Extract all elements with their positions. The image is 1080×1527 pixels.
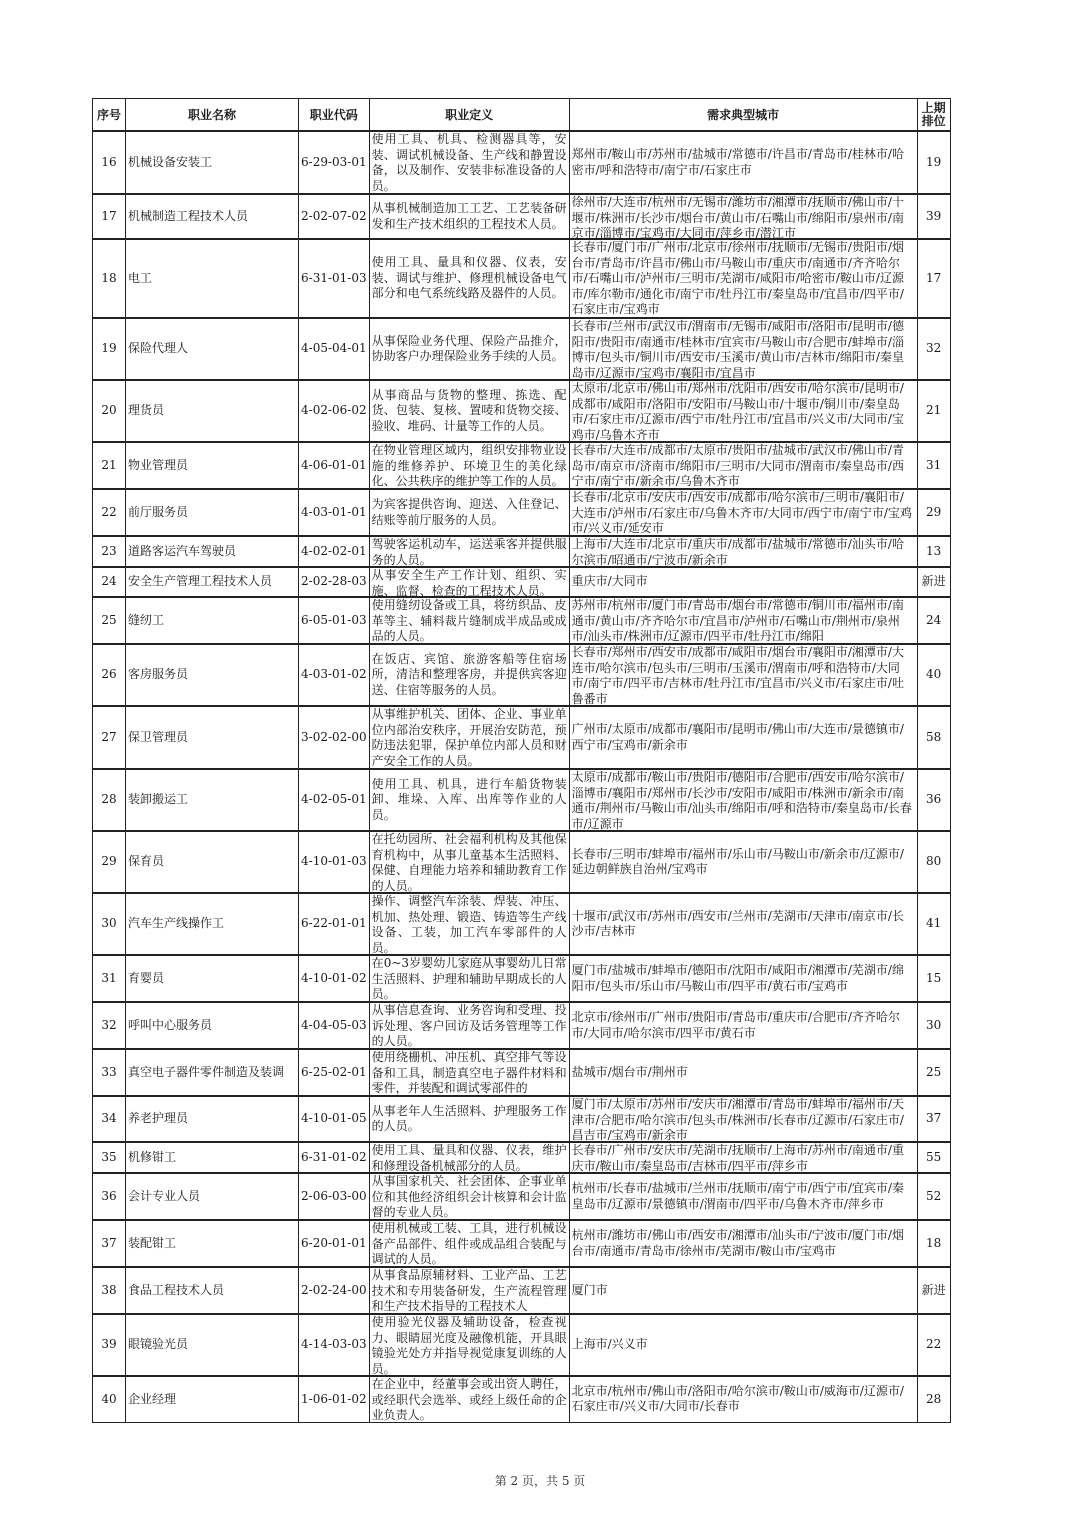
- typical-cities: 上海市/大连市/北京市/重庆市/成都市/盐城市/常德市/汕头市/哈尔滨市/昭通市…: [569, 536, 917, 567]
- table-row: 33真空电子器件零件制造及装调6-25-02-01使用绕栅机、冲压机、真空排气等…: [93, 1049, 951, 1096]
- occupation-definition: 从事信息查询、业务咨询和受理、投诉处理、客户回访及话务管理等工作的人员。: [369, 1002, 569, 1049]
- previous-rank-text: 32: [920, 341, 948, 357]
- previous-rank: 15: [917, 955, 950, 1002]
- row-number: 24: [93, 567, 126, 597]
- occupation-name-text: 真空电子器件零件制造及装调: [128, 1065, 296, 1081]
- typical-cities-text: 长春市/厦门市/广州市/北京市/徐州市/抚顺市/无锡市/贵阳市/烟台市/青岛市/…: [572, 240, 915, 317]
- occupation-code: 2-02-24-00: [299, 1267, 370, 1314]
- occupation-code-text: 6-31-01-03: [301, 271, 367, 287]
- header-previous-rank: 上期排位: [917, 99, 950, 132]
- occupation-definition: 驾驶客运机动车，运送乘客并提供服务的人员。: [369, 536, 569, 567]
- previous-rank: 18: [917, 1220, 950, 1267]
- row-number-text: 40: [95, 1392, 123, 1408]
- occupation-code-text: 4-02-05-01: [301, 792, 367, 808]
- typical-cities: 长春市/兰州市/武汉市/渭南市/无锡市/咸阳市/洛阳市/昆明市/德阳市/贵阳市/…: [569, 318, 917, 380]
- occupation-definition: 从事安全生产工作计划、组织、实施、监督、检查的工程技术人员。: [369, 567, 569, 597]
- occupation-code: 6-20-01-01: [299, 1220, 370, 1267]
- occupation-definition: 使用绕栅机、冲压机、真空排气等设备和工具，制造真空电子器件材料和零件，并装配和调…: [369, 1049, 569, 1096]
- previous-rank: 25: [917, 1049, 950, 1096]
- occupation-name: 养老护理员: [126, 1096, 299, 1142]
- table-row: 30汽车生产线操作工6-22-01-01操作、调整汽车涂装、焊装、冲压、机加、热…: [93, 893, 951, 955]
- row-number-text: 30: [95, 916, 123, 932]
- occupation-code-text: 4-06-01-01: [301, 458, 367, 474]
- occupation-name: 安全生产管理工程技术人员: [126, 567, 299, 597]
- occupation-name: 食品工程技术人员: [126, 1267, 299, 1314]
- table-row: 29保育员4-10-01-03在托幼园所、社会福利机构及其他保育机构中，从事儿童…: [93, 831, 951, 893]
- occupation-definition-text: 使用验光仪器及辅助设备，检查视力、眼睛屈光度及融像机能，开具眼镜验光处方并指导视…: [372, 1315, 567, 1375]
- occupation-definition-text: 在0~3岁婴幼儿家庭从事婴幼儿日常生活照料、护理和辅助早期成长的人员。: [372, 956, 567, 1001]
- occupation-name-text: 育婴员: [128, 971, 296, 987]
- header-typical-cities: 需求典型城市: [569, 99, 917, 132]
- occupation-definition-text: 在饭店、宾馆、旅游客船等住宿场所，清洁和整理客房，并提供宾客迎送、住宿等服务的人…: [372, 652, 567, 699]
- occupation-definition-text: 使用机械或工装、工具，进行机械设备产品部件、组件或成品组合装配与调试的人员。: [372, 1221, 567, 1266]
- row-number-text: 20: [95, 403, 123, 419]
- table-row: 36会计专业人员2-06-03-00从事国家机关、社会团体、企事业单位和其他经济…: [93, 1173, 951, 1220]
- occupation-definition-text: 操作、调整汽车涂装、焊装、冲压、机加、热处理、锻造、铸造等生产线设备、工装，加工…: [372, 894, 567, 954]
- occupation-name: 物业管理员: [126, 442, 299, 489]
- typical-cities: 杭州市/潍坊市/佛山市/西安市/湘潭市/汕头市/宁波市/厦门市/烟台市/南通市/…: [569, 1220, 917, 1267]
- occupation-code-text: 6-22-01-01: [301, 916, 367, 932]
- occupation-code: 4-04-05-03: [299, 1002, 370, 1049]
- occupation-code: 6-31-01-02: [299, 1142, 370, 1173]
- occupation-code-text: 6-29-03-01: [301, 155, 367, 171]
- typical-cities-text: 上海市/兴义市: [572, 1337, 915, 1353]
- row-number-text: 25: [95, 613, 123, 629]
- occupation-code: 3-02-02-00: [299, 706, 370, 769]
- occupation-definition: 使用工具、机具，进行车船货物装卸、堆垛、入库、出库等作业的人员。: [369, 769, 569, 831]
- row-number: 39: [93, 1314, 126, 1376]
- row-number-text: 29: [95, 854, 123, 870]
- occupation-name: 保险代理人: [126, 318, 299, 380]
- header-no: 序号: [93, 99, 126, 132]
- occupation-code-text: 4-14-03-03: [301, 1337, 367, 1353]
- previous-rank-text: 18: [920, 1236, 948, 1252]
- occupation-definition: 操作、调整汽车涂装、焊装、冲压、机加、热处理、锻造、铸造等生产线设备、工装，加工…: [369, 893, 569, 955]
- occupation-code-text: 4-03-01-02: [301, 667, 367, 683]
- previous-rank-text: 13: [920, 544, 948, 560]
- occupation-code-text: 2-02-24-00: [301, 1283, 367, 1299]
- occupation-name: 呼叫中心服务员: [126, 1002, 299, 1049]
- previous-rank-text: 17: [920, 271, 948, 287]
- typical-cities-text: 北京市/杭州市/佛山市/洛阳市/哈尔滨市/鞍山市/威海市/辽源市/石家庄市/兴义…: [572, 1384, 915, 1415]
- typical-cities-text: 上海市/大连市/北京市/重庆市/成都市/盐城市/常德市/汕头市/哈尔滨市/昭通市…: [572, 537, 915, 566]
- occupation-definition-text: 使用工具、机具、检测器具等，安装、调试机械设备、生产线和静置设备，以及制作、安装…: [372, 132, 567, 193]
- previous-rank: 22: [917, 1314, 950, 1376]
- occupation-name: 机修钳工: [126, 1142, 299, 1173]
- previous-rank: 13: [917, 536, 950, 567]
- occupation-code-text: 4-04-05-03: [301, 1018, 367, 1034]
- occupation-definition: 从事机械制造加工工艺、工艺装备研发和生产技术组织的工程技术人员。: [369, 194, 569, 239]
- row-number-text: 27: [95, 730, 123, 746]
- row-number: 26: [93, 644, 126, 706]
- previous-rank: 39: [917, 194, 950, 239]
- occupation-definition-text: 使用工具、量具和仪器、仪表，维护和修理设备机械部分的人员。: [372, 1143, 567, 1172]
- typical-cities-text: 盐城市/烟台市/荆州市: [572, 1065, 915, 1081]
- occupation-definition-text: 使用工具、量具和仪器、仪表，安装、调试与维护、修理机械设备电气部分和电气系统线路…: [372, 255, 567, 302]
- occupation-name-text: 客房服务员: [128, 667, 296, 683]
- typical-cities-text: 徐州市/大连市/杭州市/无锡市/潍坊市/湘潭市/抚顺市/佛山市/十堰市/株洲市/…: [572, 195, 915, 238]
- table-row: 25缝纫工6-05-01-03使用缝纫设备或工具，将纺织品、皮革等主、辅料裁片缝…: [93, 597, 951, 644]
- row-number-text: 16: [95, 155, 123, 171]
- occupation-code: 6-29-03-01: [299, 131, 370, 194]
- previous-rank-text: 21: [920, 403, 948, 419]
- table-row: 20理货员4-02-06-02从事商品与货物的整理、拣选、配货、包装、复核、置唛…: [93, 380, 951, 442]
- occupation-name: 缝纫工: [126, 597, 299, 644]
- typical-cities: 北京市/杭州市/佛山市/洛阳市/哈尔滨市/鞍山市/威海市/辽源市/石家庄市/兴义…: [569, 1376, 917, 1422]
- typical-cities: 郑州市/鞍山市/苏州市/盐城市/常德市/许昌市/青岛市/桂林市/哈密市/呼和浩特…: [569, 131, 917, 194]
- occupation-name-text: 养老护理员: [128, 1111, 296, 1127]
- occupation-name-text: 安全生产管理工程技术人员: [128, 574, 296, 590]
- table-row: 40企业经理1-06-01-02在企业中，经董事会或出资人聘任，或经职代会选举、…: [93, 1376, 951, 1422]
- occupation-definition-text: 在企业中，经董事会或出资人聘任，或经职代会选举、或经上级任命的企业负责人。: [372, 1377, 567, 1421]
- previous-rank-text: 52: [920, 1189, 948, 1205]
- typical-cities: 太原市/成都市/鞍山市/贵阳市/德阳市/合肥市/西安市/哈尔滨市/淄博市/襄阳市…: [569, 769, 917, 831]
- previous-rank-text: 31: [920, 458, 948, 474]
- row-number: 34: [93, 1096, 126, 1142]
- occupation-code-text: 2-02-28-03: [301, 574, 367, 590]
- occupation-name-text: 企业经理: [128, 1392, 296, 1408]
- previous-rank-text: 29: [920, 505, 948, 521]
- occupation-code: 4-02-05-01: [299, 769, 370, 831]
- row-number-text: 21: [95, 458, 123, 474]
- occupation-name-text: 机械设备安装工: [128, 155, 296, 171]
- table-row: 31育婴员4-10-01-02在0~3岁婴幼儿家庭从事婴幼儿日常生活照料、护理和…: [93, 955, 951, 1002]
- previous-rank-text: 36: [920, 792, 948, 808]
- row-number: 37: [93, 1220, 126, 1267]
- occupation-name: 真空电子器件零件制造及装调: [126, 1049, 299, 1096]
- occupation-name-text: 会计专业人员: [128, 1189, 296, 1205]
- typical-cities-text: 广州市/太原市/成都市/襄阳市/昆明市/佛山市/大连市/景德镇市/西宁市/宝鸡市…: [572, 722, 915, 753]
- occupation-name-text: 食品工程技术人员: [128, 1283, 296, 1299]
- row-number: 35: [93, 1142, 126, 1173]
- previous-rank: 80: [917, 831, 950, 893]
- occupation-code: 1-06-01-02: [299, 1376, 370, 1422]
- table-row: 21物业管理员4-06-01-01在物业管理区域内，组织安排物业设施的维修养护、…: [93, 442, 951, 489]
- previous-rank: 28: [917, 1376, 950, 1422]
- row-number: 16: [93, 131, 126, 194]
- occupation-code-text: 2-02-07-02: [301, 209, 367, 225]
- previous-rank: 41: [917, 893, 950, 955]
- occupation-name: 会计专业人员: [126, 1173, 299, 1220]
- table-body: 16机械设备安装工6-29-03-01使用工具、机具、检测器具等，安装、调试机械…: [93, 131, 951, 1422]
- typical-cities: 盐城市/烟台市/荆州市: [569, 1049, 917, 1096]
- occupation-code-text: 6-05-01-03: [301, 613, 367, 629]
- occupation-code-text: 4-03-01-01: [301, 505, 367, 521]
- occupation-definition-text: 从事安全生产工作计划、组织、实施、监督、检查的工程技术人员。: [372, 568, 567, 596]
- typical-cities: 厦门市/盐城市/蚌埠市/德阳市/沈阳市/咸阳市/湘潭市/芜湖市/绵阳市/包头市/…: [569, 955, 917, 1002]
- row-number-text: 38: [95, 1283, 123, 1299]
- row-number: 31: [93, 955, 126, 1002]
- typical-cities-text: 杭州市/潍坊市/佛山市/西安市/湘潭市/汕头市/宁波市/厦门市/烟台市/南通市/…: [572, 1228, 915, 1259]
- previous-rank: 37: [917, 1096, 950, 1142]
- occupation-name: 育婴员: [126, 955, 299, 1002]
- row-number: 32: [93, 1002, 126, 1049]
- typical-cities-text: 重庆市/大同市: [572, 574, 915, 590]
- occupation-name-text: 眼镜验光员: [128, 1337, 296, 1353]
- occupation-name-text: 前厅服务员: [128, 505, 296, 521]
- row-number-text: 28: [95, 792, 123, 808]
- occupation-name: 眼镜验光员: [126, 1314, 299, 1376]
- previous-rank: 19: [917, 131, 950, 194]
- occupation-code-text: 6-25-02-01: [301, 1065, 367, 1081]
- occupation-name: 保卫管理员: [126, 706, 299, 769]
- table-row: 26客房服务员4-03-01-02在饭店、宾馆、旅游客船等住宿场所，清洁和整理客…: [93, 644, 951, 706]
- row-number: 28: [93, 769, 126, 831]
- occupation-definition: 从事食品原辅材料、工业产品、工艺技术和专用装备研发，生产流程管理和生产技术指导的…: [369, 1267, 569, 1314]
- previous-rank: 32: [917, 318, 950, 380]
- occupation-definition-text: 使用绕栅机、冲压机、真空排气等设备和工具，制造真空电子器件材料和零件，并装配和调…: [372, 1050, 567, 1095]
- occupation-name: 汽车生产线操作工: [126, 893, 299, 955]
- previous-rank-text: 40: [920, 667, 948, 683]
- occupation-definition: 从事维护机关、团体、企业、事业单位内部治安秩序，开展治安防范，预防违法犯罪，保护…: [369, 706, 569, 769]
- occupation-definition-text: 使用工具、机具，进行车船货物装卸、堆垛、入库、出库等作业的人员。: [372, 777, 567, 824]
- occupation-definition-text: 驾驶客运机动车，运送乘客并提供服务的人员。: [372, 537, 567, 566]
- occupation-name: 装配钳工: [126, 1220, 299, 1267]
- occupation-name: 道路客运汽车驾驶员: [126, 536, 299, 567]
- previous-rank: 58: [917, 706, 950, 769]
- occupation-definition-text: 为宾客提供咨询、迎送、入住登记、结账等前厅服务的人员。: [372, 497, 567, 528]
- table-row: 37装配钳工6-20-01-01使用机械或工装、工具，进行机械设备产品部件、组件…: [93, 1220, 951, 1267]
- typical-cities: 长春市/大连市/成都市/太原市/贵阳市/盐城市/武汉市/佛山市/青岛市/南京市/…: [569, 442, 917, 489]
- row-number: 33: [93, 1049, 126, 1096]
- occupation-definition-text: 从事老年人生活照料、护理服务工作的人员。: [372, 1104, 567, 1135]
- table-row: 24安全生产管理工程技术人员2-02-28-03从事安全生产工作计划、组织、实施…: [93, 567, 951, 597]
- typical-cities: 十堰市/武汉市/苏州市/西安市/兰州市/芜湖市/天津市/南京市/长沙市/吉林市: [569, 893, 917, 955]
- occupation-definition: 在托幼园所、社会福利机构及其他保育机构中，从事儿童基本生活照料、保健、自理能力培…: [369, 831, 569, 893]
- page-number: 第 2 页，共 5 页: [0, 1472, 1080, 1489]
- previous-rank: 30: [917, 1002, 950, 1049]
- row-number-text: 36: [95, 1189, 123, 1205]
- typical-cities: 长春市/广州市/安庆市/芜湖市/抚顺市/上海市/苏州市/南通市/重庆市/鞍山市/…: [569, 1142, 917, 1173]
- typical-cities: 厦门市: [569, 1267, 917, 1314]
- typical-cities: 重庆市/大同市: [569, 567, 917, 597]
- previous-rank: 31: [917, 442, 950, 489]
- occupation-code: 4-05-04-01: [299, 318, 370, 380]
- occupation-definition: 使用工具、量具和仪器、仪表，安装、调试与维护、修理机械设备电气部分和电气系统线路…: [369, 239, 569, 318]
- occupation-name: 客房服务员: [126, 644, 299, 706]
- occupation-code-text: 4-05-04-01: [301, 341, 367, 357]
- occupation-name: 电工: [126, 239, 299, 318]
- occupation-code-text: 6-20-01-01: [301, 1236, 367, 1252]
- row-number-text: 22: [95, 505, 123, 521]
- row-number: 19: [93, 318, 126, 380]
- header-occupation-name: 职业名称: [126, 99, 299, 132]
- table-row: 35机修钳工6-31-01-02使用工具、量具和仪器、仪表，维护和修理设备机械部…: [93, 1142, 951, 1173]
- occupation-definition: 使用验光仪器及辅助设备，检查视力、眼睛屈光度及融像机能，开具眼镜验光处方并指导视…: [369, 1314, 569, 1376]
- row-number-text: 39: [95, 1337, 123, 1353]
- row-number: 30: [93, 893, 126, 955]
- occupation-code-text: 4-10-01-02: [301, 971, 367, 987]
- previous-rank: 21: [917, 380, 950, 442]
- occupation-name: 前厅服务员: [126, 489, 299, 536]
- occupation-code: 4-10-01-02: [299, 955, 370, 1002]
- occupation-code: 4-06-01-01: [299, 442, 370, 489]
- occupation-name-text: 机械制造工程技术人员: [128, 209, 296, 225]
- typical-cities-text: 厦门市/太原市/苏州市/安庆市/湘潭市/青岛市/蚌埠市/福州市/天津市/合肥市/…: [572, 1097, 915, 1141]
- previous-rank-text: 39: [920, 209, 948, 225]
- typical-cities-text: 厦门市/盐城市/蚌埠市/德阳市/沈阳市/咸阳市/湘潭市/芜湖市/绵阳市/包头市/…: [572, 963, 915, 994]
- previous-rank-text: 30: [920, 1018, 948, 1034]
- typical-cities: 长春市/北京市/安庆市/西安市/成都市/哈尔滨市/三明市/襄阳市/大连市/泸州市…: [569, 489, 917, 536]
- occupation-definition-text: 从事商品与货物的整理、拣选、配货、包装、复核、置唛和货物交接、验收、堆码、计量等…: [372, 388, 567, 435]
- previous-rank-text: 新进: [920, 574, 948, 590]
- row-number: 18: [93, 239, 126, 318]
- occupation-definition-text: 从事食品原辅材料、工业产品、工艺技术和专用装备研发，生产流程管理和生产技术指导的…: [372, 1268, 567, 1313]
- table-row: 38食品工程技术人员2-02-24-00从事食品原辅材料、工业产品、工艺技术和专…: [93, 1267, 951, 1314]
- row-number-text: 23: [95, 544, 123, 560]
- previous-rank: 29: [917, 489, 950, 536]
- occupation-name-text: 机修钳工: [128, 1150, 296, 1166]
- header-occupation-definition: 职业定义: [369, 99, 569, 132]
- occupation-code-text: 2-06-03-00: [301, 1189, 367, 1205]
- typical-cities-text: 十堰市/武汉市/苏州市/西安市/兰州市/芜湖市/天津市/南京市/长沙市/吉林市: [572, 909, 915, 940]
- occupation-code: 4-10-01-03: [299, 831, 370, 893]
- row-number: 40: [93, 1376, 126, 1422]
- occupation-name-text: 道路客运汽车驾驶员: [128, 544, 296, 560]
- typical-cities-text: 苏州市/杭州市/厦门市/青岛市/烟台市/常德市/铜川市/福州市/南通市/黄山市/…: [572, 598, 915, 643]
- occupation-name-text: 装配钳工: [128, 1236, 296, 1252]
- typical-cities-text: 长春市/兰州市/武汉市/渭南市/无锡市/咸阳市/洛阳市/昆明市/德阳市/贵阳市/…: [572, 319, 915, 379]
- row-number: 17: [93, 194, 126, 239]
- occupation-definition-text: 从事维护机关、团体、企业、事业单位内部治安秩序，开展治安防范，预防违法犯罪，保护…: [372, 707, 567, 768]
- occupation-code: 6-25-02-01: [299, 1049, 370, 1096]
- typical-cities-text: 北京市/徐州市/广州市/贵阳市/青岛市/重庆市/合肥市/齐齐哈尔市/大同市/哈尔…: [572, 1010, 915, 1041]
- occupation-code: 6-05-01-03: [299, 597, 370, 644]
- previous-rank-text: 新进: [920, 1283, 948, 1299]
- previous-rank: 24: [917, 597, 950, 644]
- table-row: 39眼镜验光员4-14-03-03使用验光仪器及辅助设备，检查视力、眼睛屈光度及…: [93, 1314, 951, 1376]
- typical-cities-text: 长春市/郑州市/西安市/成都市/咸阳市/烟台市/襄阳市/湘潭市/大连市/哈尔滨市…: [572, 645, 915, 705]
- table-row: 28装卸搬运工4-02-05-01使用工具、机具，进行车船货物装卸、堆垛、入库、…: [93, 769, 951, 831]
- previous-rank: 17: [917, 239, 950, 318]
- occupation-code-text: 4-10-01-05: [301, 1111, 367, 1127]
- typical-cities: 杭州市/长春市/盐城市/兰州市/抚顺市/南宁市/西宁市/宜宾市/秦皇岛市/辽源市…: [569, 1173, 917, 1220]
- occupation-definition-text: 从事机械制造加工工艺、工艺装备研发和生产技术组织的工程技术人员。: [372, 201, 567, 232]
- previous-rank: 52: [917, 1173, 950, 1220]
- row-number: 22: [93, 489, 126, 536]
- occupation-code: 4-03-01-01: [299, 489, 370, 536]
- row-number: 29: [93, 831, 126, 893]
- occupation-name-text: 汽车生产线操作工: [128, 916, 296, 932]
- previous-rank-text: 25: [920, 1065, 948, 1081]
- row-number: 21: [93, 442, 126, 489]
- typical-cities: 厦门市/太原市/苏州市/安庆市/湘潭市/青岛市/蚌埠市/福州市/天津市/合肥市/…: [569, 1096, 917, 1142]
- occupation-name: 机械制造工程技术人员: [126, 194, 299, 239]
- typical-cities: 上海市/兴义市: [569, 1314, 917, 1376]
- occupation-name: 装卸搬运工: [126, 769, 299, 831]
- previous-rank: 40: [917, 644, 950, 706]
- occupation-definition: 从事国家机关、社会团体、企事业单位和其他经济组织会计核算和会计监督的专业人员。: [369, 1173, 569, 1220]
- occupation-code: 4-14-03-03: [299, 1314, 370, 1376]
- table-header-row: 序号 职业名称 职业代码 职业定义 需求典型城市 上期排位: [93, 99, 951, 132]
- row-number-text: 24: [95, 574, 123, 590]
- occupation-definition: 使用工具、量具和仪器、仪表，维护和修理设备机械部分的人员。: [369, 1142, 569, 1173]
- typical-cities: 广州市/太原市/成都市/襄阳市/昆明市/佛山市/大连市/景德镇市/西宁市/宝鸡市…: [569, 706, 917, 769]
- occupation-name-text: 电工: [128, 271, 296, 287]
- occupation-name-text: 物业管理员: [128, 458, 296, 474]
- previous-rank: 55: [917, 1142, 950, 1173]
- previous-rank-text: 22: [920, 1337, 948, 1353]
- occupation-name-text: 缝纫工: [128, 613, 296, 629]
- previous-rank-text: 55: [920, 1150, 948, 1166]
- typical-cities: 太原市/北京市/佛山市/郑州市/沈阳市/西安市/哈尔滨市/昆明市/成都市/咸阳市…: [569, 380, 917, 442]
- occupation-definition: 在饭店、宾馆、旅游客船等住宿场所，清洁和整理客房，并提供宾客迎送、住宿等服务的人…: [369, 644, 569, 706]
- occupation-code: 4-02-06-02: [299, 380, 370, 442]
- row-number-text: 19: [95, 341, 123, 357]
- previous-rank-text: 24: [920, 613, 948, 629]
- typical-cities-text: 太原市/成都市/鞍山市/贵阳市/德阳市/合肥市/西安市/哈尔滨市/淄博市/襄阳市…: [572, 770, 915, 830]
- table-row: 18电工6-31-01-03使用工具、量具和仪器、仪表，安装、调试与维护、修理机…: [93, 239, 951, 318]
- occupation-definition: 在物业管理区域内，组织安排物业设施的维修养护、环境卫生的美化绿化、公共秩序的维护…: [369, 442, 569, 489]
- typical-cities: 长春市/三明市/蚌埠市/福州市/乐山市/马鞍山市/新余市/辽源市/延边朝鲜族自治…: [569, 831, 917, 893]
- occupation-definition: 为宾客提供咨询、迎送、入住登记、结账等前厅服务的人员。: [369, 489, 569, 536]
- occupation-definition-text: 使用缝纫设备或工具，将纺织品、皮革等主、辅料裁片缝制成半成品或成品的人员。: [372, 598, 567, 643]
- typical-cities: 徐州市/大连市/杭州市/无锡市/潍坊市/湘潭市/抚顺市/佛山市/十堰市/株洲市/…: [569, 194, 917, 239]
- occupation-definition: 从事商品与货物的整理、拣选、配货、包装、复核、置唛和货物交接、验收、堆码、计量等…: [369, 380, 569, 442]
- previous-rank-text: 80: [920, 854, 948, 870]
- previous-rank: 新进: [917, 567, 950, 597]
- occupation-definition: 在企业中，经董事会或出资人聘任，或经职代会选举、或经上级任命的企业负责人。: [369, 1376, 569, 1422]
- occupation-definition-text: 从事国家机关、社会团体、企事业单位和其他经济组织会计核算和会计监督的专业人员。: [372, 1174, 567, 1219]
- row-number: 36: [93, 1173, 126, 1220]
- previous-rank-text: 37: [920, 1111, 948, 1127]
- occupation-definition: 使用机械或工装、工具，进行机械设备产品部件、组件或成品组合装配与调试的人员。: [369, 1220, 569, 1267]
- row-number: 23: [93, 536, 126, 567]
- row-number: 25: [93, 597, 126, 644]
- occupation-name-text: 保育员: [128, 854, 296, 870]
- occupation-definition: 使用缝纫设备或工具，将纺织品、皮革等主、辅料裁片缝制成半成品或成品的人员。: [369, 597, 569, 644]
- occupation-definition-text: 从事保险业务代理、保险产品推介，协助客户办理保险业务手续的人员。: [372, 334, 567, 365]
- occupation-definition-text: 在物业管理区域内，组织安排物业设施的维修养护、环境卫生的美化绿化、公共秩序的维护…: [372, 443, 567, 488]
- occupation-name: 理货员: [126, 380, 299, 442]
- table-row: 23道路客运汽车驾驶员4-02-02-01驾驶客运机动车，运送乘客并提供服务的人…: [93, 536, 951, 567]
- previous-rank-text: 19: [920, 155, 948, 171]
- typical-cities-text: 郑州市/鞍山市/苏州市/盐城市/常德市/许昌市/青岛市/桂林市/哈密市/呼和浩特…: [572, 147, 915, 178]
- occupation-name: 企业经理: [126, 1376, 299, 1422]
- typical-cities: 长春市/厦门市/广州市/北京市/徐州市/抚顺市/无锡市/贵阳市/烟台市/青岛市/…: [569, 239, 917, 318]
- occupation-definition: 在0~3岁婴幼儿家庭从事婴幼儿日常生活照料、护理和辅助早期成长的人员。: [369, 955, 569, 1002]
- previous-rank-text: 58: [920, 730, 948, 746]
- row-number-text: 26: [95, 667, 123, 683]
- previous-rank-text: 15: [920, 971, 948, 987]
- occupation-demand-table: 序号 职业名称 职业代码 职业定义 需求典型城市 上期排位 16机械设备安装工6…: [92, 98, 951, 1423]
- occupation-name-text: 保卫管理员: [128, 730, 296, 746]
- previous-rank-text: 41: [920, 916, 948, 932]
- table-row: 19保险代理人4-05-04-01从事保险业务代理、保险产品推介，协助客户办理保…: [93, 318, 951, 380]
- row-number-text: 31: [95, 971, 123, 987]
- row-number: 38: [93, 1267, 126, 1314]
- typical-cities: 长春市/郑州市/西安市/成都市/咸阳市/烟台市/襄阳市/湘潭市/大连市/哈尔滨市…: [569, 644, 917, 706]
- row-number-text: 37: [95, 1236, 123, 1252]
- occupation-code: 2-06-03-00: [299, 1173, 370, 1220]
- row-number-text: 33: [95, 1065, 123, 1081]
- occupation-definition: 从事老年人生活照料、护理服务工作的人员。: [369, 1096, 569, 1142]
- occupation-definition-text: 在托幼园所、社会福利机构及其他保育机构中，从事儿童基本生活照料、保健、自理能力培…: [372, 832, 567, 892]
- previous-rank: 新进: [917, 1267, 950, 1314]
- table-row: 17机械制造工程技术人员2-02-07-02从事机械制造加工工艺、工艺装备研发和…: [93, 194, 951, 239]
- occupation-definition: 从事保险业务代理、保险产品推介，协助客户办理保险业务手续的人员。: [369, 318, 569, 380]
- typical-cities-text: 杭州市/长春市/盐城市/兰州市/抚顺市/南宁市/西宁市/宜宾市/秦皇岛市/辽源市…: [572, 1181, 915, 1212]
- occupation-code-text: 4-02-02-01: [301, 544, 367, 560]
- occupation-definition: 使用工具、机具、检测器具等，安装、调试机械设备、生产线和静置设备，以及制作、安装…: [369, 131, 569, 194]
- occupation-code: 4-10-01-05: [299, 1096, 370, 1142]
- previous-rank: 36: [917, 769, 950, 831]
- previous-rank-text: 28: [920, 1392, 948, 1408]
- row-number-text: 32: [95, 1018, 123, 1034]
- occupation-name-text: 呼叫中心服务员: [128, 1018, 296, 1034]
- header-occupation-code: 职业代码: [299, 99, 370, 132]
- occupation-definition-text: 从事信息查询、业务咨询和受理、投诉处理、客户回访及话务管理等工作的人员。: [372, 1003, 567, 1048]
